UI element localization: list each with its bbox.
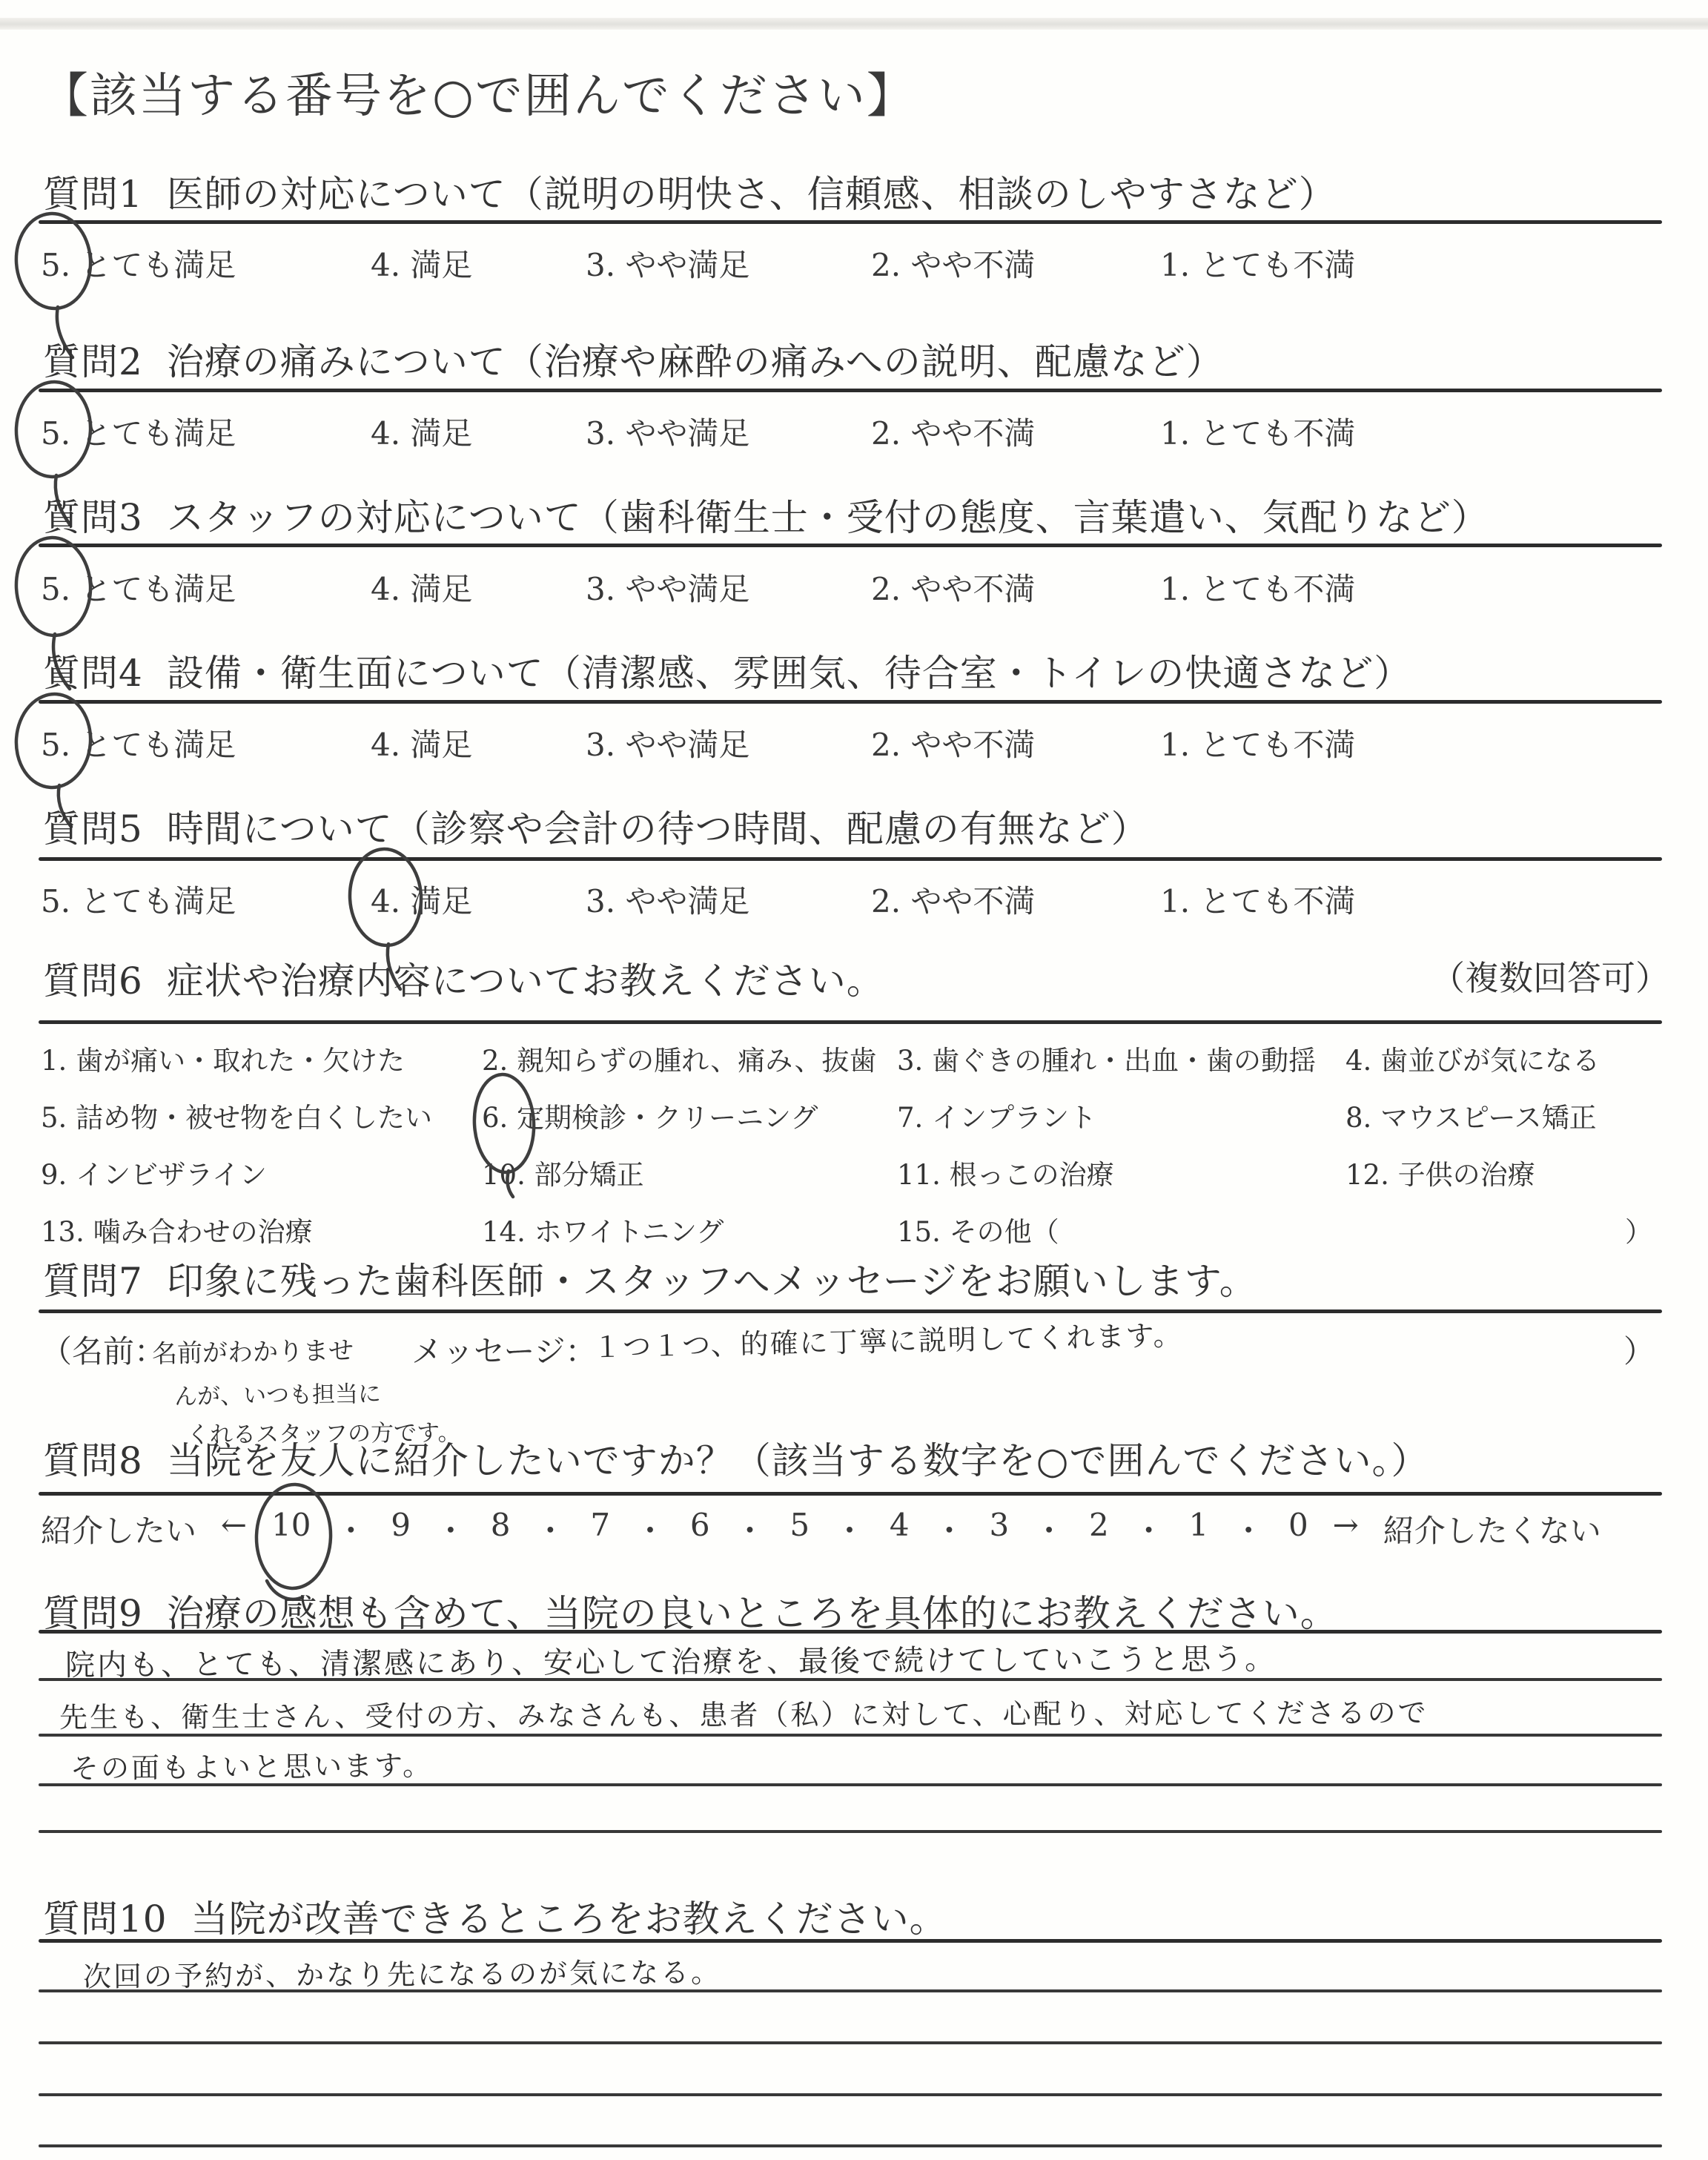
q1-options-row: 5. とても満足 4. 満足 3. やや満足 2. やや不満 1. とても不満 [0, 241, 1708, 288]
q2-rule [39, 389, 1662, 392]
q1-option-2: 2. やや不満 [871, 241, 1035, 285]
q2-header: 質問2治療の痛みについて（治療や麻酔の痛みへの説明、配慮など） [43, 332, 1224, 386]
q2-option-3: 3. やや満足 [586, 409, 749, 454]
q4-label: 質問4 [43, 652, 143, 695]
q10-handwritten-line1: 次回の予約が、かなり先になるのが気になる。 [83, 1949, 721, 1995]
q6-item-2: 2. 親知らずの腫れ、痛み、抜歯 [482, 1038, 877, 1078]
q9-handwritten-line1: 院内も、とても、清潔感にあり、安心して治療を、最後で続けてしていこうと思う。 [65, 1636, 1277, 1685]
q9-rule-0 [39, 1630, 1662, 1634]
q8-scale-5: 5 [790, 1507, 810, 1543]
q8-topic: 当院を友人に紹介したいですか？（該当する数字を○で囲んでください。） [167, 1439, 1429, 1482]
q7-header: 質問7印象に残った歯科医師・スタッフへメッセージをお願いします。 [43, 1252, 1257, 1305]
q4-topic: 設備・衛生面について（清潔感、雰囲気、待合室・トイレの快適さなど） [167, 652, 1412, 695]
q10-rule-4 [39, 2144, 1662, 2147]
q6-label: 質問6 [43, 960, 143, 1003]
q8-scale-3: 3 [989, 1507, 1009, 1543]
q7-close-paren: ） [1623, 1327, 1655, 1372]
q6-multiple-answers-note: （複数回答可） [1431, 951, 1669, 1000]
q6-item-14: 14. ホワイトニング [482, 1209, 724, 1249]
q3-label: 質問3 [43, 496, 143, 539]
q1-option-5: 5. とても満足 [41, 241, 236, 285]
q8-dot: ・ [734, 1507, 765, 1551]
q7-label: 質問7 [43, 1260, 143, 1303]
q9-label: 質問9 [43, 1592, 143, 1635]
q4-option-1: 1. とても不満 [1160, 721, 1355, 765]
q10-rule-1 [39, 1989, 1662, 1992]
scanned-survey-form: 【該当する番号を○で囲んでください】 質問1医師の対応について（説明の明快さ、信… [0, 0, 1708, 2160]
q5-options-row: 5. とても満足 4. 満足 3. やや満足 2. やや不満 1. とても不満 [0, 877, 1708, 925]
q10-rule-0 [39, 1939, 1662, 1943]
q8-scale-9: 9 [391, 1507, 411, 1543]
q1-rule [39, 220, 1662, 224]
q2-options-row: 5. とても満足 4. 満足 3. やや満足 2. やや不満 1. とても不満 [0, 409, 1708, 457]
q6-item-5: 5. 詰め物・被せ物を白くしたい [41, 1095, 432, 1135]
q7-handwritten-name-line1: 名前がわかりませ [152, 1330, 354, 1370]
q7-handwritten-message: １つ１つ、的確に丁寧に説明してくれます。 [593, 1312, 1183, 1366]
q8-label: 質問8 [43, 1439, 143, 1482]
q8-scale-0: 0 [1288, 1507, 1308, 1543]
q3-rule [39, 544, 1662, 547]
q6-item-4: 4. 歯並びが気になる [1345, 1038, 1600, 1078]
q8-recommend-scale: 紹介したい ← 10 ・ 9 ・ 8 ・ 7 ・ 6 ・ 5 ・ 4 ・ 3 ・… [41, 1507, 1601, 1551]
q8-scale-6: 6 [690, 1507, 710, 1543]
q7-message-prefix: メッセージ： [411, 1327, 596, 1372]
q10-topic: 当院が改善できるところをお教えください。 [191, 1898, 947, 1941]
q3-option-1: 1. とても不満 [1160, 565, 1355, 610]
q6-rule [39, 1020, 1662, 1024]
q4-header: 質問4設備・衛生面について（清潔感、雰囲気、待合室・トイレの快適さなど） [43, 644, 1411, 697]
q8-dot: ・ [1033, 1507, 1065, 1551]
q8-left-label: 紹介したい [41, 1507, 196, 1551]
q4-options-row: 5. とても満足 4. 満足 3. やや満足 2. やや不満 1. とても不満 [0, 721, 1708, 768]
q6-item-15: 15. その他（ [897, 1209, 1059, 1249]
q8-scale-1: 1 [1189, 1507, 1209, 1543]
q6-header: 質問6症状や治療内容についてお教えください。 [43, 951, 884, 1005]
q2-label: 質問2 [43, 340, 143, 383]
q9-rule-2 [39, 1734, 1662, 1737]
q8-right-arrow: → [1333, 1507, 1359, 1543]
q1-label: 質問1 [43, 173, 143, 216]
q3-header: 質問3スタッフの対応について（歯科衛生士・受付の態度、言葉遣い、気配りなど） [43, 488, 1489, 541]
q6-item-3: 3. 歯ぐきの腫れ・出血・歯の動揺 [897, 1038, 1316, 1078]
q3-option-5: 5. とても満足 [41, 565, 236, 610]
q4-rule [39, 700, 1662, 704]
q6-item-9: 9. インビザライン [41, 1152, 267, 1192]
q6-item-11: 11. 根っこの治療 [897, 1152, 1114, 1192]
q3-option-3: 3. やや満足 [586, 565, 749, 610]
q8-scale-10-wrap: 10 [271, 1507, 311, 1543]
q4-option-4: 4. 満足 [371, 721, 472, 765]
q8-header: 質問8当院を友人に紹介したいですか？（該当する数字を○で囲んでください。） [43, 1431, 1429, 1484]
q6-item-7: 7. インプラント [897, 1095, 1096, 1135]
q3-option-2: 2. やや不満 [871, 565, 1035, 610]
q3-options-row: 5. とても満足 4. 満足 3. やや満足 2. やや不満 1. とても不満 [0, 565, 1708, 612]
q5-label: 質問5 [43, 807, 143, 851]
q5-header: 質問5時間について（診察や会計の待つ時間、配慮の有無など） [43, 799, 1149, 853]
q6-item-15-close-paren: ） [1625, 1209, 1652, 1249]
q8-scale-10: 10 [271, 1507, 311, 1543]
q10-rule-3 [39, 2093, 1662, 2096]
q8-dot: ・ [435, 1507, 466, 1551]
q10-label: 質問10 [43, 1898, 168, 1941]
q10-header: 質問10当院が改善できるところをお教えください。 [43, 1889, 947, 1943]
q8-dot: ・ [934, 1507, 965, 1551]
q4-option-2: 2. やや不満 [871, 721, 1035, 765]
scan-artifact-band [0, 18, 1708, 30]
q7-topic: 印象に残った歯科医師・スタッフへメッセージをお願いします。 [167, 1260, 1257, 1303]
q6-item-12: 12. 子供の治療 [1345, 1152, 1535, 1192]
q5-option-4: 4. 満足 [371, 877, 472, 922]
q6-item-8: 8. マウスピース矯正 [1345, 1095, 1597, 1135]
form-title: 【該当する番号を○で囲んでください】 [41, 58, 916, 126]
q6-topic: 症状や治療内容についてお教えください。 [167, 960, 884, 1003]
q8-scale-8: 8 [491, 1507, 511, 1543]
q7-rule [39, 1309, 1662, 1313]
q1-header: 質問1医師の対応について（説明の明快さ、信頼感、相談のしやすさなど） [43, 165, 1337, 218]
q3-topic: スタッフの対応について（歯科衛生士・受付の態度、言葉遣い、気配りなど） [167, 496, 1489, 539]
q8-dot: ・ [335, 1507, 366, 1551]
q6-item-6: 6. 定期検診・クリーニング [482, 1095, 818, 1135]
q5-option-5: 5. とても満足 [41, 877, 236, 922]
q9-handwritten-line3: その面もよいと思います。 [70, 1743, 433, 1786]
q5-option-3: 3. やや満足 [586, 877, 749, 922]
q8-dot: ・ [834, 1507, 865, 1551]
q9-topic: 治療の感想も含めて、当院の良いところを具体的にお教えください。 [167, 1592, 1338, 1635]
q4-option-3: 3. やや満足 [586, 721, 749, 765]
q2-topic: 治療の痛みについて（治療や麻酔の痛みへの説明、配慮など） [167, 340, 1224, 383]
q5-topic: 時間について（診察や会計の待つ時間、配慮の有無など） [167, 807, 1149, 851]
q8-dot: ・ [1133, 1507, 1165, 1551]
q8-scale-2: 2 [1089, 1507, 1109, 1543]
q8-scale-4: 4 [890, 1507, 910, 1543]
q6-item-10: 10. 部分矯正 [482, 1152, 644, 1192]
q7-name-prefix: （名前： [41, 1327, 165, 1372]
q4-option-5: 5. とても満足 [41, 721, 236, 765]
q10-rule-2 [39, 2041, 1662, 2044]
q1-option-1: 1. とても不満 [1160, 241, 1355, 285]
q5-option-1: 1. とても不満 [1160, 877, 1355, 922]
q9-rule-4 [39, 1830, 1662, 1833]
q2-option-1: 1. とても不満 [1160, 409, 1355, 454]
q8-right-label: 紹介したくない [1383, 1507, 1601, 1551]
q8-dot: ・ [1233, 1507, 1264, 1551]
q9-handwritten-line2: 先生も、衛生士さん、受付の方、みなさんも、患者（私）に対して、心配り、対応してく… [59, 1690, 1429, 1735]
q3-option-4: 4. 満足 [371, 565, 472, 610]
q9-rule-3 [39, 1783, 1662, 1786]
q2-option-2: 2. やや不満 [871, 409, 1035, 454]
q8-scale-7: 7 [590, 1507, 610, 1543]
q7-handwritten-name-line2: んが、いつも担当に [174, 1375, 382, 1411]
q1-option-3: 3. やや満足 [586, 241, 749, 285]
q5-option-2: 2. やや不満 [871, 877, 1035, 922]
q8-left-arrow: ← [221, 1507, 247, 1543]
q8-dot: ・ [534, 1507, 566, 1551]
q6-item-1: 1. 歯が痛い・取れた・欠けた [41, 1038, 405, 1078]
q2-option-4: 4. 満足 [371, 409, 472, 454]
q6-item-13: 13. 噛み合わせの治療 [41, 1209, 313, 1249]
q5-rule [39, 857, 1662, 861]
q8-dot: ・ [635, 1507, 666, 1551]
q8-rule [39, 1492, 1662, 1496]
q2-option-5: 5. とても満足 [41, 409, 236, 454]
q1-option-4: 4. 満足 [371, 241, 472, 285]
q1-topic: 医師の対応について（説明の明快さ、信頼感、相談のしやすさなど） [167, 173, 1337, 216]
q9-rule-1 [39, 1678, 1662, 1681]
